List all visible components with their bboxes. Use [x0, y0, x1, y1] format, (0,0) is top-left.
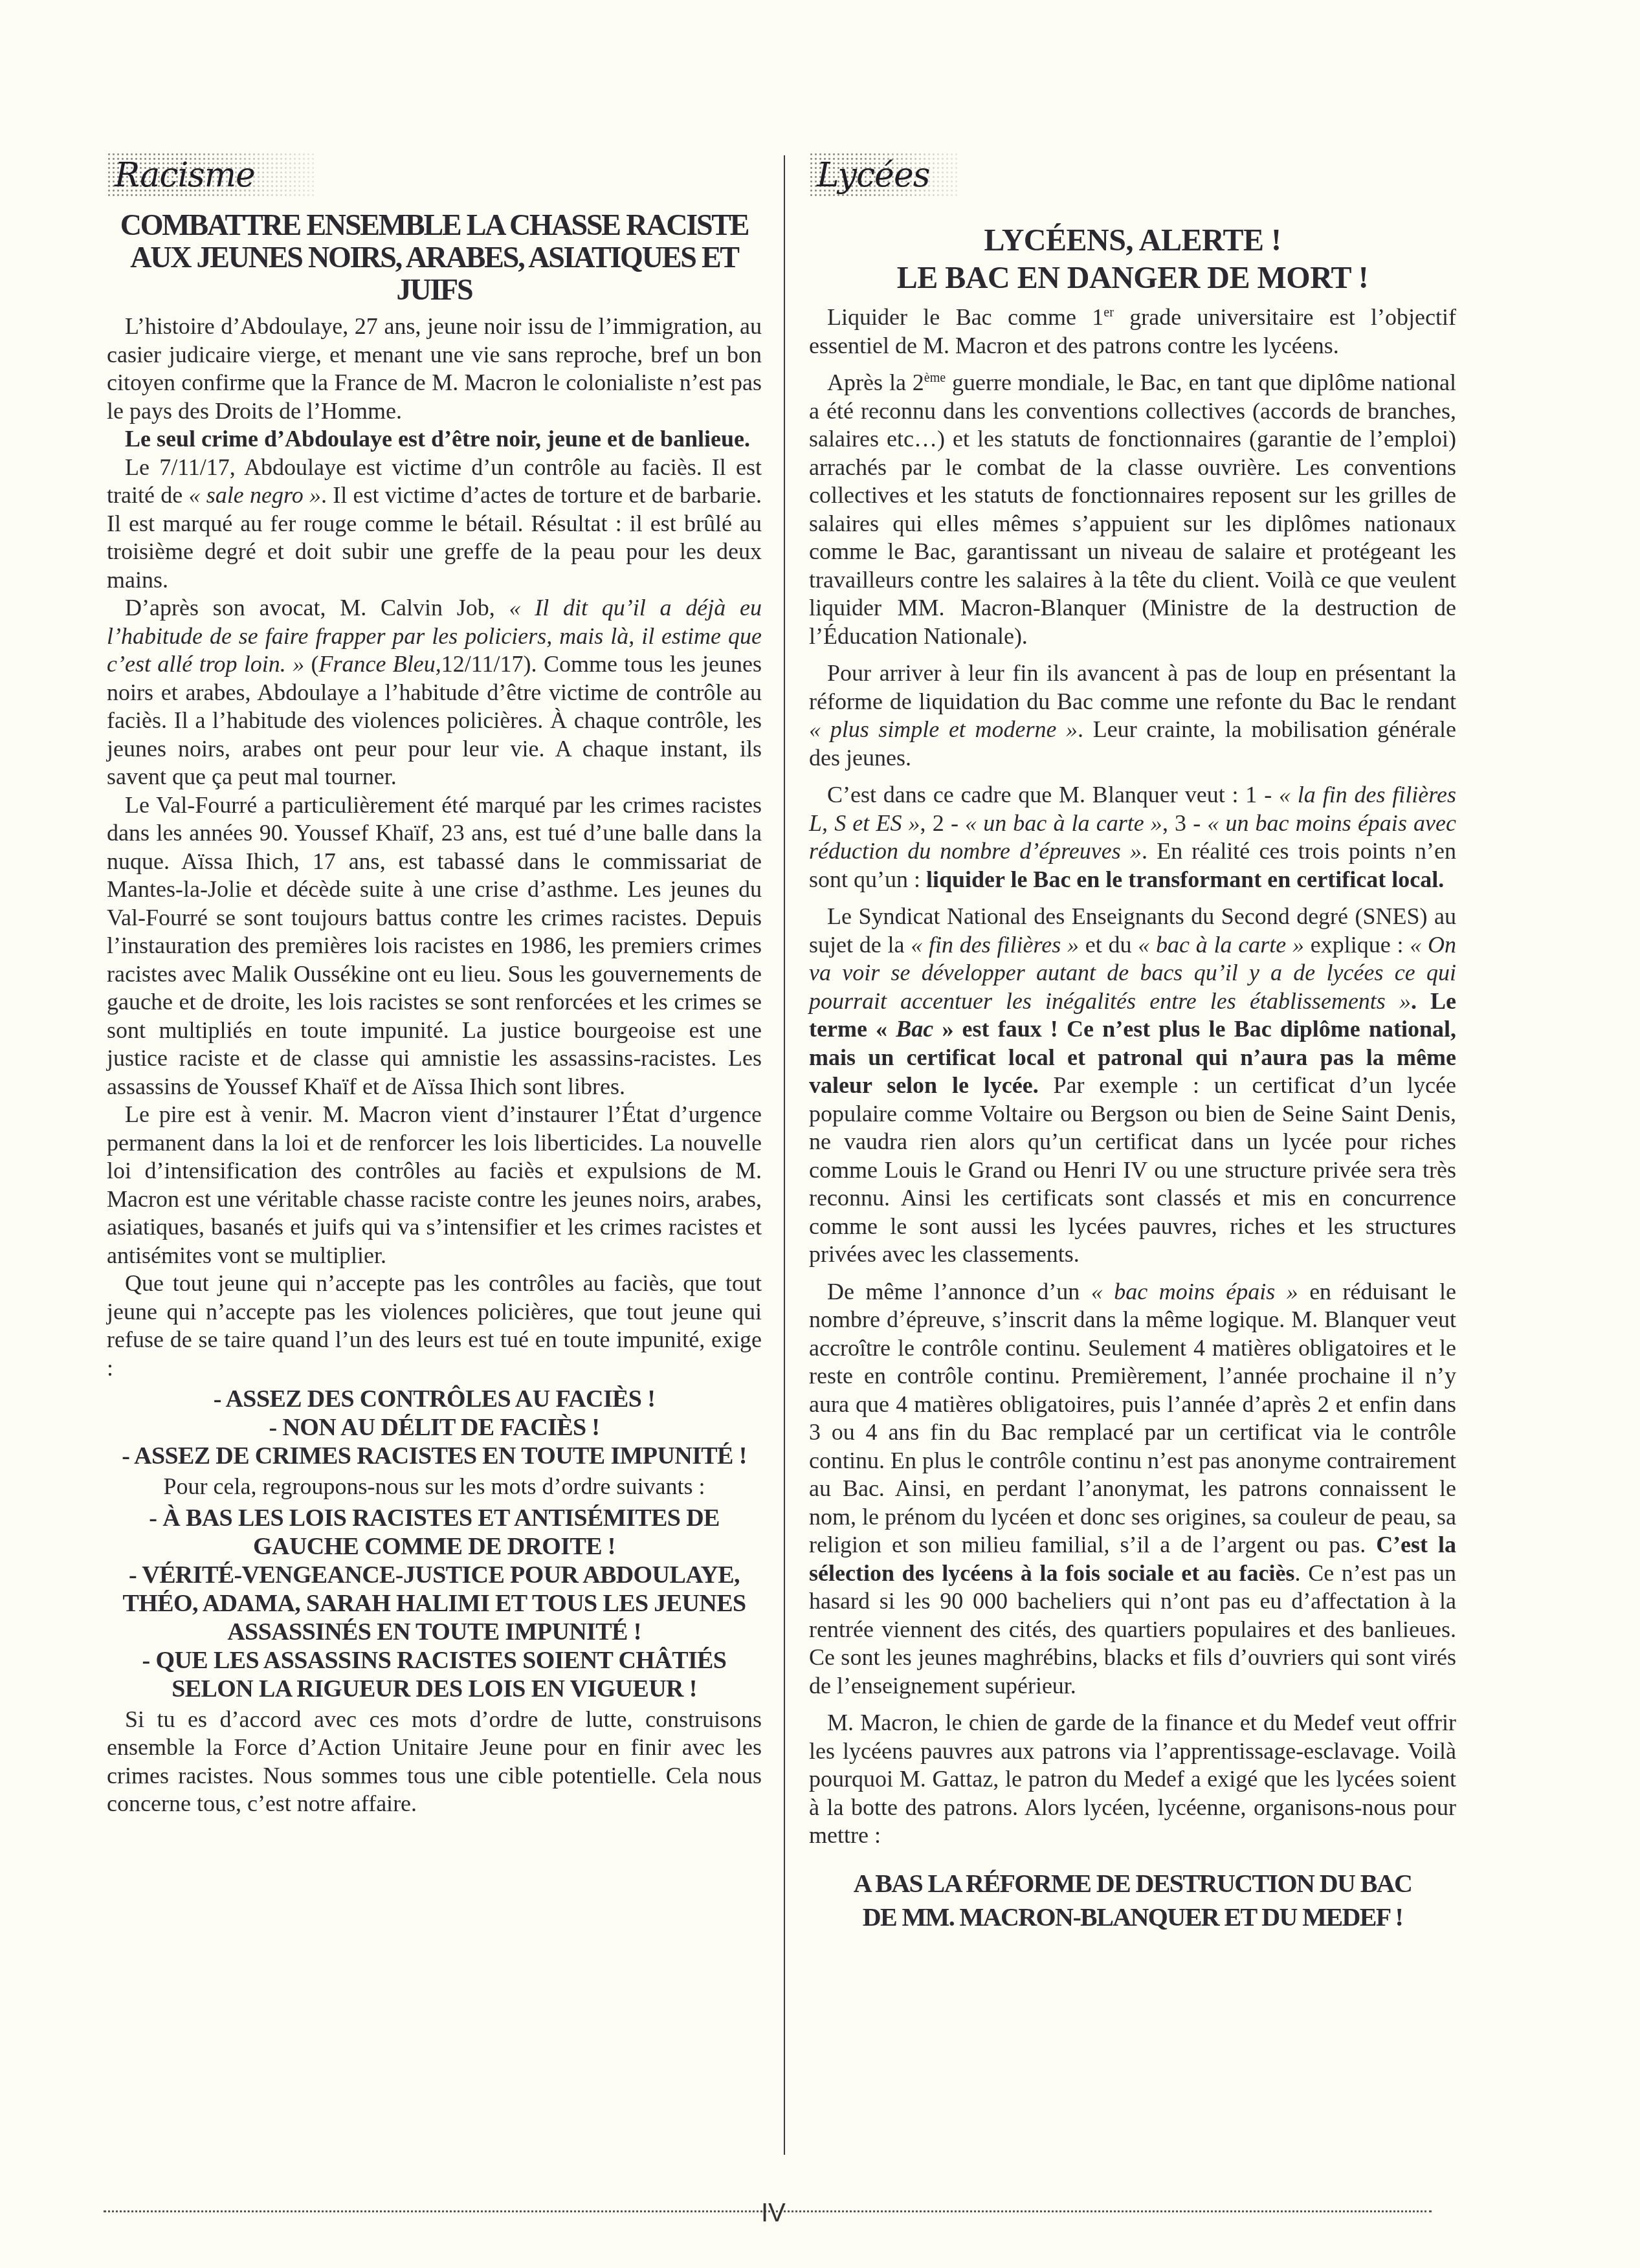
paragraph: Le 7/11/17, Abdoulaye est victime d’un c…	[107, 454, 762, 595]
paragraph: L’histoire d’Abdoulaye, 27 ans, jeune no…	[107, 313, 762, 425]
section-label: Racisme	[115, 156, 255, 195]
final-slogan: A BAS LA RÉFORME DE DESTRUCTION DU BAC D…	[809, 1867, 1456, 1934]
slogan: - VÉRITÉ-VENGEANCE-JUSTICE POUR ABDOULAY…	[107, 1561, 762, 1646]
paragraph: Pour arriver à leur fin ils avancent à p…	[809, 659, 1456, 772]
paragraph: Si tu es d’accord avec ces mots d’ordre …	[107, 1706, 762, 1818]
slogan: - À BAS LES LOIS RACISTES ET ANTISÉMITES…	[107, 1504, 762, 1561]
demand: - ASSEZ DE CRIMES RACISTES EN TOUTE IMPU…	[107, 1442, 762, 1470]
slogan: - QUE LES ASSASSINS RACISTES SOIENT CHÂT…	[107, 1646, 762, 1703]
section-banner-lycees: Lycées	[809, 152, 958, 197]
paragraph: Liquider le Bac comme 1er grade universi…	[809, 303, 1456, 360]
demand: - ASSEZ DES CONTRÔLES AU FACIÈS !	[107, 1385, 762, 1413]
paragraph: D’après son avocat, M. Calvin Job, « Il …	[107, 594, 762, 791]
paragraph: C’est dans ce cadre que M. Blanquer veut…	[809, 781, 1456, 894]
article-lycees: Lycées LYCÉENS, ALERTE ! LE BAC EN DANGE…	[809, 152, 1456, 1934]
paragraph: Le pire est à venir. M. Macron vient d’i…	[107, 1101, 762, 1270]
demand: - NON AU DÉLIT DE FACIÈS !	[107, 1413, 762, 1442]
paragraph: Après la 2ème guerre mondiale, le Bac, e…	[809, 369, 1456, 650]
paragraph-bold: Le seul crime d’Abdoulaye est d’être noi…	[107, 425, 762, 454]
paragraph: Le Syndicat National des Enseignants du …	[809, 903, 1456, 1269]
demands-list: - ASSEZ DES CONTRÔLES AU FACIÈS ! - NON …	[107, 1385, 762, 1470]
article-title: LYCÉENS, ALERTE ! LE BAC EN DANGER DE MO…	[809, 222, 1456, 297]
page-number: IV	[761, 2199, 786, 2228]
article-title: COMBATTRE ENSEMBLE LA CHASSE RACISTE AUX…	[107, 209, 762, 306]
column-divider	[784, 155, 785, 2155]
paragraph: M. Macron, le chien de garde de la finan…	[809, 1709, 1456, 1850]
section-label: Lycées	[817, 156, 929, 195]
paragraph: Que tout jeune qui n’accepte pas les con…	[107, 1270, 762, 1382]
paragraph: De même l’annonce d’un « bac moins épais…	[809, 1278, 1456, 1701]
section-banner-racisme: Racisme	[107, 152, 314, 197]
slogans-list: - À BAS LES LOIS RACISTES ET ANTISÉMITES…	[107, 1504, 762, 1703]
paragraph: Le Val-Fourré a particulièrement été mar…	[107, 791, 762, 1101]
paragraph: Pour cela, regroupons-nous sur les mots …	[107, 1473, 762, 1501]
article-racisme: Racisme COMBATTRE ENSEMBLE LA CHASSE RAC…	[107, 152, 762, 1818]
